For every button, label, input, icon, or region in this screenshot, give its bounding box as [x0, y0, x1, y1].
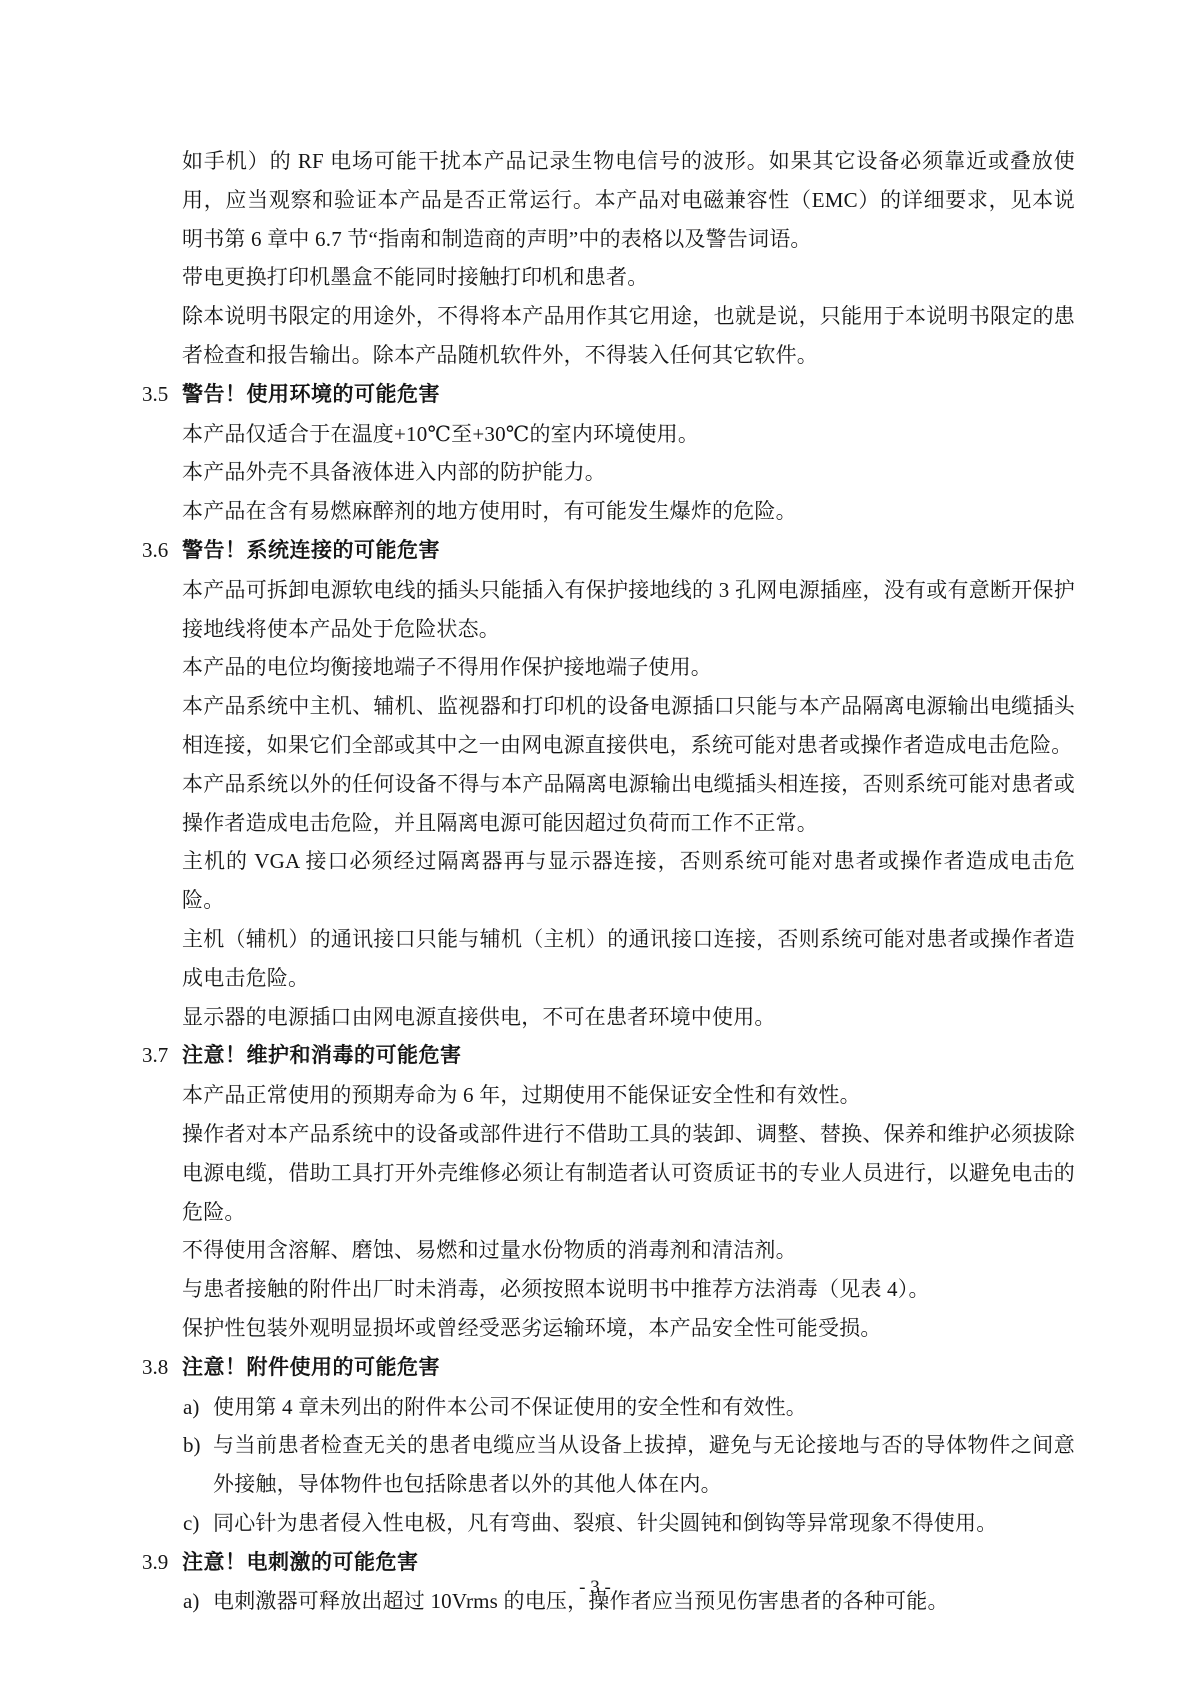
item-text: 与当前患者检查无关的患者电缆应当从设备上拔掉，避免与无论接地与否的导体物件之间意… — [213, 1426, 1075, 1504]
paragraph: 与患者接触的附件出厂时未消毒，必须按照本说明书中推荐方法消毒（见表 4）。 — [182, 1270, 1075, 1309]
paragraph: 本产品外壳不具备液体进入内部的防护能力。 — [182, 453, 1075, 492]
paragraph: 操作者对本产品系统中的设备或部件进行不借助工具的装卸、调整、替换、保养和维护必须… — [182, 1115, 1075, 1231]
paragraph: 本产品系统中主机、辅机、监视器和打印机的设备电源插口只能与本产品隔离电源输出电缆… — [182, 687, 1075, 765]
section-title: 警告！系统连接的可能危害 — [182, 539, 440, 562]
paragraph: 主机的 VGA 接口必须经过隔离器再与显示器连接，否则系统可能对患者或操作者造成… — [182, 842, 1075, 920]
paragraph: 除本说明书限定的用途外，不得将本产品用作其它用途，也就是说，只能用于本说明书限定… — [182, 297, 1075, 375]
paragraph: 本产品正常使用的预期寿命为 6 年，过期使用不能保证安全性和有效性。 — [182, 1076, 1075, 1115]
section-number: 3.8 — [142, 1348, 182, 1387]
section-number: 3.7 — [142, 1036, 182, 1075]
item-text: 使用第 4 章未列出的附件本公司不保证使用的安全性和有效性。 — [213, 1388, 1075, 1427]
paragraph: 本产品的电位均衡接地端子不得用作保护接地端子使用。 — [182, 648, 1075, 687]
section-title: 注意！电刺激的可能危害 — [182, 1551, 419, 1574]
paragraph: 带电更换打印机墨盒不能同时接触打印机和患者。 — [182, 258, 1075, 297]
paragraph: 主机（辅机）的通讯接口只能与辅机（主机）的通讯接口连接，否则系统可能对患者或操作… — [182, 920, 1075, 998]
item-text: 同心针为患者侵入性电极，凡有弯曲、裂痕、针尖圆钝和倒钩等异常现象不得使用。 — [213, 1504, 1075, 1543]
page-number: - 3 - — [0, 1576, 1190, 1600]
paragraph: 本产品在含有易燃麻醉剂的地方使用时，有可能发生爆炸的危险。 — [182, 492, 1075, 531]
paragraph: 本产品仅适合于在温度+10℃至+30℃的室内环境使用。 — [182, 415, 1075, 454]
item-marker: b) — [183, 1426, 213, 1504]
section-number: 3.6 — [142, 531, 182, 570]
section-number: 3.5 — [142, 375, 182, 414]
list-item: b)与当前患者检查无关的患者电缆应当从设备上拔掉，避免与无论接地与否的导体物件之… — [183, 1426, 1075, 1504]
section-heading: 3.7注意！维护和消毒的可能危害 — [142, 1036, 1075, 1076]
item-marker: a) — [183, 1388, 213, 1427]
list-item: c)同心针为患者侵入性电极，凡有弯曲、裂痕、针尖圆钝和倒钩等异常现象不得使用。 — [183, 1504, 1075, 1543]
paragraph: 本产品可拆卸电源软电线的插头只能插入有保护接地线的 3 孔网电源插座，没有或有意… — [182, 571, 1075, 649]
section-title: 注意！维护和消毒的可能危害 — [182, 1044, 462, 1067]
paragraph: 如手机）的 RF 电场可能干扰本产品记录生物电信号的波形。如果其它设备必须靠近或… — [182, 142, 1075, 258]
paragraph: 显示器的电源插口由网电源直接供电，不可在患者环境中使用。 — [182, 998, 1075, 1037]
section-title: 注意！附件使用的可能危害 — [182, 1356, 440, 1379]
section-heading: 3.6警告！系统连接的可能危害 — [142, 531, 1075, 571]
document-page: 如手机）的 RF 电场可能干扰本产品记录生物电信号的波形。如果其它设备必须靠近或… — [0, 0, 1190, 1682]
document-content: 如手机）的 RF 电场可能干扰本产品记录生物电信号的波形。如果其它设备必须靠近或… — [0, 142, 1190, 1621]
paragraph: 本产品系统以外的任何设备不得与本产品隔离电源输出电缆插头相连接，否则系统可能对患… — [182, 765, 1075, 843]
section-title: 警告！使用环境的可能危害 — [182, 383, 440, 406]
list-item: a)使用第 4 章未列出的附件本公司不保证使用的安全性和有效性。 — [183, 1388, 1075, 1427]
paragraph: 保护性包装外观明显损坏或曾经受恶劣运输环境，本产品安全性可能受损。 — [182, 1309, 1075, 1348]
item-marker: c) — [183, 1504, 213, 1543]
section-heading: 3.5警告！使用环境的可能危害 — [142, 375, 1075, 415]
section-heading: 3.8注意！附件使用的可能危害 — [142, 1348, 1075, 1388]
paragraph: 不得使用含溶解、磨蚀、易燃和过量水份物质的消毒剂和清洁剂。 — [182, 1231, 1075, 1270]
